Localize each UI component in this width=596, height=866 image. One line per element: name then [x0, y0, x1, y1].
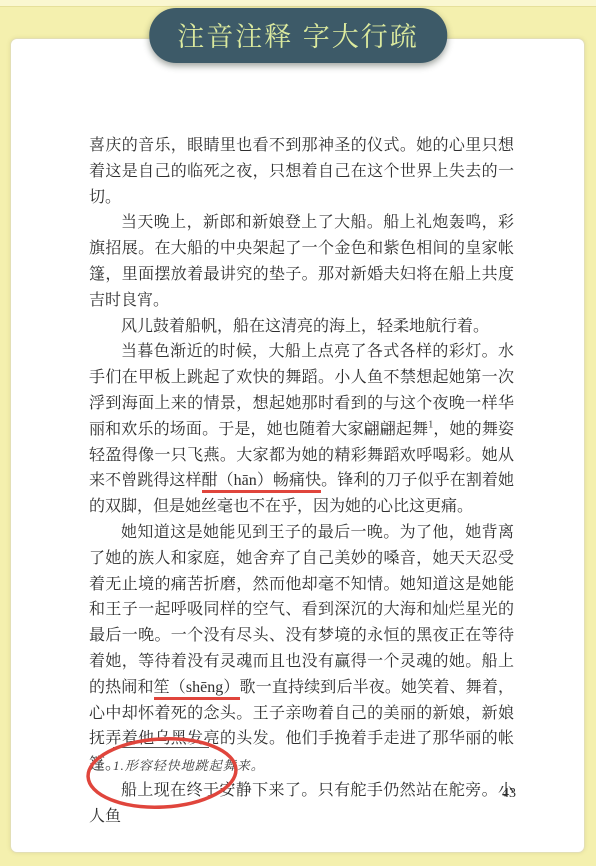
body-text: 喜庆的音乐，眼睛里也看不到那神圣的仪式。她的心里只想着这是自己的临死之夜，只想着… [89, 133, 514, 830]
red-underline-annotation: 笙（shēng） [154, 679, 240, 700]
paragraph: 风儿鼓着船帆，船在这清亮的海上，轻柔地航行着。 [89, 314, 514, 340]
header-banner-label: 注音注释 字大行疏 [177, 22, 419, 52]
text-segment: 船上现在终于安静下来了。只有舵手仍然站在舵旁。小人鱼 [89, 782, 514, 825]
book-photo-background: 喜庆的音乐，眼睛里也看不到那神圣的仪式。她的心里只想着这是自己的临死之夜，只想着… [0, 0, 596, 866]
paragraph: 当天晚上，新郎和新娘登上了大船。船上礼炮轰鸣，彩旗招展。在大船的中央架起了一个金… [89, 210, 514, 313]
paragraph: 当暮色渐近的时候，大船上点亮了各式各样的彩灯。水手们在甲板上跳起了欢快的舞蹈。小… [89, 339, 514, 520]
footnote: 1.形容轻快地跳起舞来。 [113, 747, 313, 774]
footnote-text: 1.形容轻快地跳起舞来。 [113, 755, 313, 774]
footnote-divider [113, 747, 209, 748]
header-banner: 注音注释 字大行疏 [149, 8, 447, 63]
text-segment: 风儿鼓着船帆，船在这清亮的海上，轻柔地航行着。 [121, 318, 489, 335]
page-number: 43 [497, 786, 521, 802]
paragraph: 她知道这是她能见到王子的最后一晚。为了他，她背离了她的族人和家庭，她舍弃了自己美… [89, 520, 514, 778]
paragraph: 船上现在终于安静下来了。只有舵手仍然站在舵旁。小人鱼 [89, 778, 514, 830]
paragraph: 喜庆的音乐，眼睛里也看不到那神圣的仪式。她的心里只想着这是自己的临死之夜，只想着… [89, 133, 514, 210]
text-segment: 喜庆的音乐，眼睛里也看不到那神圣的仪式。她的心里只想着这是自己的临死之夜，只想着… [89, 137, 514, 206]
book-page: 喜庆的音乐，眼睛里也看不到那神圣的仪式。她的心里只想着这是自己的临死之夜，只想着… [10, 38, 585, 853]
text-segment: 她知道这是她能见到王子的最后一晚。为了他，她背离了她的族人和家庭，她舍弃了自己美… [89, 524, 514, 696]
text-segment: 当天晚上，新郎和新娘登上了大船。船上礼炮轰鸣，彩旗招展。在大船的中央架起了一个金… [89, 214, 514, 308]
red-underline-annotation: 酣（hān）畅痛快 [202, 472, 322, 493]
